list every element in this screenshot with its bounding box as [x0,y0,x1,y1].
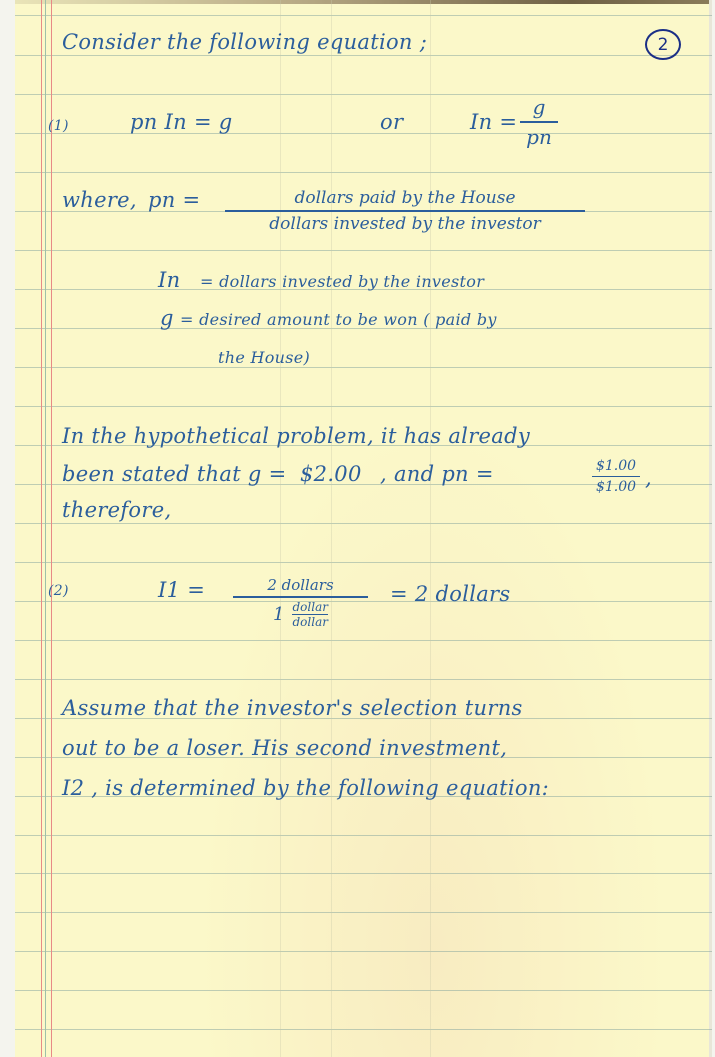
equation-2-lhs: I1 = [158,578,205,602]
margin-line-green [45,0,46,1057]
g-definition: = desired amount to be won ( paid by [180,310,497,329]
hypothetical-line-2-suffix: , [645,466,652,490]
equation-1-fraction: g pn [520,95,558,149]
conclusion-line-3: I2 , is determined by the following equa… [62,776,549,800]
page-number: 2 [658,35,669,55]
pn-definition-fraction: dollars paid by the House dollars invest… [225,188,585,234]
pn-numerator: dollars paid by the House [294,188,515,208]
notebook-page [15,0,712,1057]
denominator-coefficient: 1 [273,604,284,625]
hypothetical-line-1: In the hypothetical problem, it has alre… [62,424,530,448]
where-label: where, [62,188,137,212]
fold-line [430,0,431,1057]
equation-1-lhs: pn In = g [130,110,233,134]
equation-2-result: = 2 dollars [390,582,510,606]
hypothetical-line-2-prefix: been stated that g = [62,462,287,486]
pn-value-denominator: $1.00 [596,479,636,495]
hypothetical-line-3: therefore, [62,498,171,522]
equation-2-numerator: 2 dollars [267,576,333,594]
equation-2-label: (2) [48,583,69,599]
equation-2-fraction: 2 dollars 1 dollar dollar [233,576,368,629]
paper-right-edge [709,0,712,1057]
fraction-bar [225,210,585,212]
paper-top-edge [15,0,712,4]
In-symbol: In [158,268,180,292]
In-definition: = dollars invested by the investor [200,272,484,291]
unit-denominator: dollar [292,615,327,629]
equation-1-label: (1) [48,118,69,134]
conclusion-line-2: out to be a loser. His second investment… [62,736,507,760]
pn-value-numerator: $1.00 [596,458,636,474]
margin-line-red [41,0,42,1057]
fraction-bar [233,596,368,598]
margin-line-red [51,0,52,1057]
g-value: $2.00 [300,462,362,486]
conclusion-line-1: Assume that the investor's selection tur… [62,696,523,720]
pn-value-fraction: $1.00 $1.00 [592,458,640,495]
pn-symbol: pn = [148,188,200,212]
fraction-bar [520,121,558,123]
intro-text: Consider the following equation ; [62,30,427,54]
equation-1-rhs-var: In = [470,110,517,134]
fraction-numerator: g [533,95,546,119]
equation-2-denominator: 1 dollar dollar [273,600,328,629]
pn-denominator: dollars invested by the investor [269,214,540,234]
fold-line [331,0,332,1057]
fold-line [280,0,281,1057]
g-symbol: g [160,306,174,330]
page-number-badge: 2 [645,29,681,60]
equation-1-connector: or [380,110,403,134]
fraction-bar [592,476,640,477]
unit-numerator: dollar [292,600,327,614]
denominator-unit-fraction: dollar dollar [292,600,327,629]
g-definition-continuation: the House) [218,348,310,367]
fraction-denominator: pn [526,125,552,149]
hypothetical-line-2-mid: , and pn = [380,462,494,486]
